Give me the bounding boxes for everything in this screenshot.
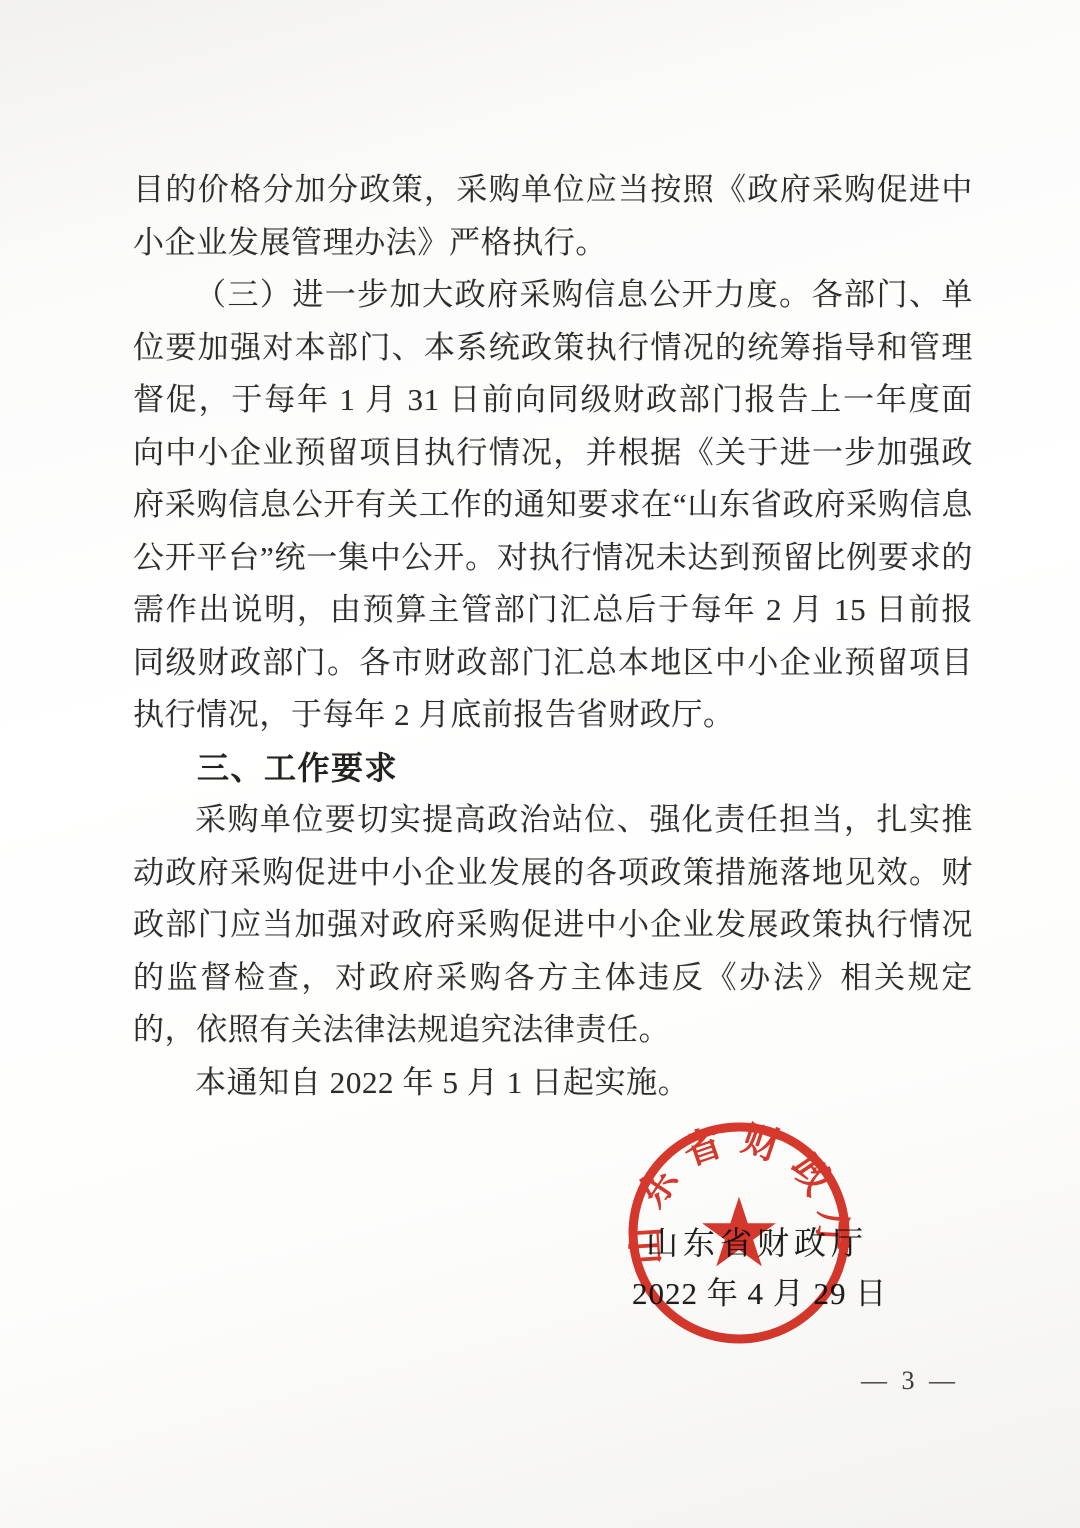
star-icon: ★ xyxy=(696,1177,782,1289)
paragraph-work-requirements: 采购单位要切实提高政治站位、强化责任担当，扎实推动政府采购促进中小企业发展的各项… xyxy=(133,794,973,1057)
document-page: 目的价格分加分政策，采购单位应当按照《政府采购促进中小企业发展管理办法》严格执行… xyxy=(0,0,1080,1528)
paragraph-continued-from-previous-page: 目的价格分加分政策，采购单位应当按照《政府采购促进中小企业发展管理办法》严格执行… xyxy=(133,164,973,269)
section-heading-work-requirements: 三、工作要求 xyxy=(133,742,973,795)
paragraph-effective-date: 本通知自 2022 年 5 月 1 日起实施。 xyxy=(133,1057,973,1110)
paragraph-item-three-info-disclosure: （三）进一步加大政府采购信息公开力度。各部门、单位要加强对本部门、本系统政策执行… xyxy=(133,269,973,742)
official-seal-stamp: 山东省财政厅 ★ xyxy=(619,1113,859,1353)
page-number: — 3 — xyxy=(830,1366,990,1396)
document-body: 目的价格分加分政策，采购单位应当按照《政府采购促进中小企业发展管理办法》严格执行… xyxy=(133,164,973,1109)
